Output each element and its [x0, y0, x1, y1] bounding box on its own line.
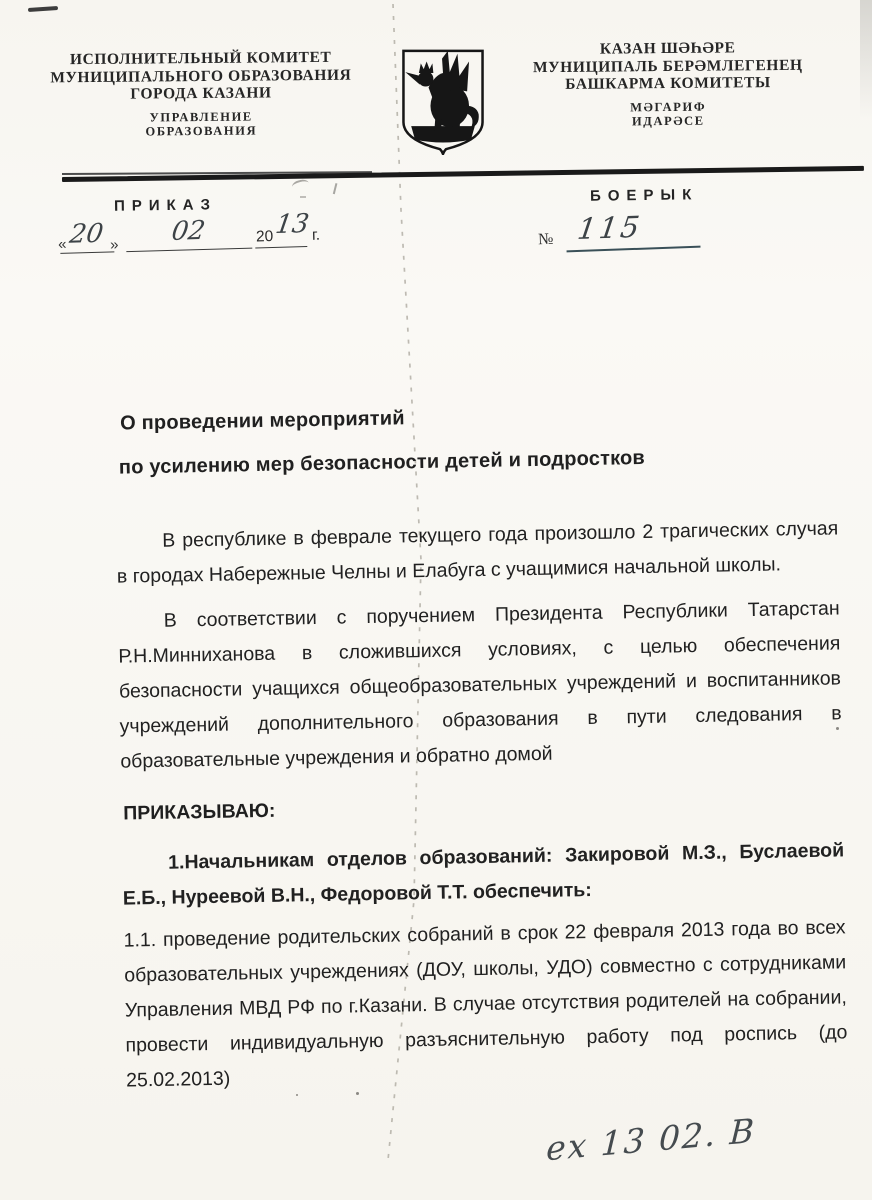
date-underline [60, 251, 114, 254]
letterhead-line: БАШКАРМА КОМИТЕТЫ [518, 74, 818, 94]
order-item-1-1: 1.1. проведение родительских собраний в … [123, 910, 848, 1098]
paragraph: В соответствии с поручением Президента Р… [117, 591, 842, 779]
pencil-smudge [291, 178, 310, 192]
scan-speck [836, 727, 839, 730]
paragraph: В республике в феврале текущего года про… [116, 511, 839, 594]
handwritten-day: 20 [68, 219, 106, 250]
quote-open: « [58, 236, 67, 253]
scan-mark-dash [28, 6, 58, 12]
letterhead-line: ИСПОЛНИТЕЛЬНЫЙ КОМИТЕТ [38, 49, 364, 69]
date-underline [255, 246, 307, 248]
letterhead-line: МУНИЦИПАЛЬ БЕРӘМЛЕГЕНЕҢ [518, 56, 818, 76]
order-date-field: « 20 » 02 20 13 г. [55, 214, 346, 262]
order-number-field: № 115 [537, 209, 728, 260]
year-prefix: 20 [256, 228, 274, 246]
document-body: О проведении мероприятий по усилению мер… [114, 393, 850, 1176]
letterhead-tatar: КАЗАН ШӘҺӘРЕ МУНИЦИПАЛЬ БЕРӘМЛЕГЕНЕҢ БАШ… [518, 39, 819, 130]
handwritten-order-number: 115 [575, 210, 644, 246]
scan-edge-shade [860, 0, 872, 120]
letterhead-line: МУНИЦИПАЛЬНОГО ОБРАЗОВАНИЯ [38, 66, 364, 86]
order-item-1: 1.Начальникам отделов образований: Закир… [122, 833, 845, 916]
pencil-smudge [333, 183, 344, 196]
scanned-order-document: ИСПОЛНИТЕЛЬНЫЙ КОМИТЕТ МУНИЦИПАЛЬНОГО ОБ… [0, 0, 872, 1200]
department-line: ОБРАЗОВАНИЯ [38, 123, 364, 140]
directive-heading: ПРИКАЗЫВАЮ: [123, 800, 276, 826]
year-unit: г. [312, 227, 321, 245]
order-label-tatar: БОЕРЫК [590, 186, 699, 205]
order-label-russian: ПРИКАЗ [114, 196, 217, 214]
letterhead-russian: ИСПОЛНИТЕЛЬНЫЙ КОМИТЕТ МУНИЦИПАЛЬНОГО ОБ… [38, 49, 365, 140]
date-underline [126, 248, 252, 253]
letterhead-line: ГОРОДА КАЗАНИ [38, 84, 364, 104]
number-sign: № [538, 231, 554, 250]
handwritten-year: 13 [273, 209, 311, 240]
kazan-coat-of-arms-icon [397, 47, 489, 155]
document-title-line: по усилению мер безопасности детей и под… [119, 447, 645, 480]
number-underline [567, 246, 701, 253]
pencil-smudge [300, 196, 306, 198]
scan-speck [356, 1092, 359, 1095]
handwritten-month: 02 [170, 216, 208, 247]
department-line: ИДАРӘСЕ [518, 113, 818, 130]
document-title-line: О проведении мероприятий [120, 407, 405, 435]
scan-speck [296, 1094, 298, 1096]
